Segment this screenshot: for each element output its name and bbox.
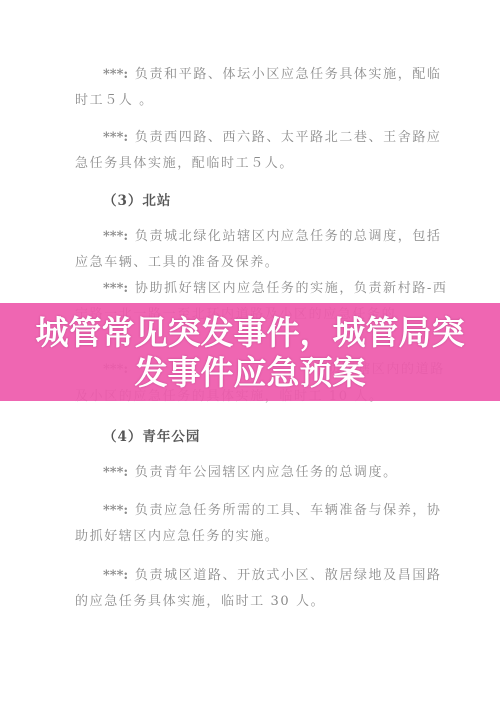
redacted-name: ***: <box>103 281 128 296</box>
paragraph-line: ***: 负责西四路、西六路、太平路北二巷、王舍路应 <box>103 130 442 146</box>
paragraph-text: 助抓好辖区内应急任务的实施。 <box>75 529 279 544</box>
banner-title: 城管常见突发事件，城管局突 发事件应急预案 <box>0 313 500 393</box>
paragraph-line: 的应急任务具体实施，临时工 30 人。 <box>75 594 325 610</box>
paragraph-line: 助抓好辖区内应急任务的实施。 <box>75 529 279 545</box>
paragraph-line: ***: 负责城区道路、开放式小区、散居绿地及昌国路 <box>103 568 442 584</box>
banner-title-line-1: 城管常见突发事件，城管局突 <box>0 313 500 353</box>
paragraph-text: 负责和平路、体坛小区应急任务具体实施，配临 <box>129 67 441 82</box>
redacted-name: ***: <box>103 568 128 583</box>
paragraph-line: ***: 协助抓好辖区内应急任务的实施，负责新村路-西 <box>103 281 448 297</box>
section-heading: （3）北站 <box>103 193 171 209</box>
paragraph-text: 时工５人 。 <box>75 93 154 108</box>
redacted-name: ***: <box>103 130 128 145</box>
paragraph-text: 负责应急任务所需的工具、车辆准备与保养，协 <box>129 503 441 518</box>
redacted-name: ***: <box>103 67 128 82</box>
paragraph-line: 急任务具体实施，配临时工５人。 <box>75 156 294 172</box>
redacted-name: ***: <box>103 465 128 480</box>
paragraph-line: ***: 负责城北绿化站辖区内应急任务的总调度，包括 <box>103 229 442 245</box>
paragraph-text: 急任务具体实施，配临时工５人。 <box>75 156 294 171</box>
paragraph-text: 应急车辆、工具的准备及保养。 <box>75 255 279 270</box>
paragraph-text: 负责城北绿化站辖区内应急任务的总调度，包括 <box>129 229 441 244</box>
paragraph-line: ***: 负责应急任务所需的工具、车辆准备与保养，协 <box>103 503 442 519</box>
paragraph-line: ***: 负责青年公园辖区内应急任务的总调度。 <box>103 465 398 481</box>
banner-title-line-2: 发事件应急预案 <box>0 353 500 393</box>
paragraph-line: 应急车辆、工具的准备及保养。 <box>75 255 279 271</box>
paragraph-text: 负责青年公园辖区内应急任务的总调度。 <box>129 465 398 480</box>
paragraph-line: 时工５人 。 <box>75 93 154 109</box>
paragraph-text: 负责西四路、西六路、太平路北二巷、王舍路应 <box>129 130 441 145</box>
paragraph-text: 的应急任务具体实施，临时工 30 人。 <box>75 594 325 609</box>
paragraph-line: ***: 负责和平路、体坛小区应急任务具体实施，配临 <box>103 67 442 83</box>
section-heading: （4）青年公园 <box>103 429 200 445</box>
redacted-name: ***: <box>103 229 128 244</box>
paragraph-text: 协助抓好辖区内应急任务的实施，负责新村路-西 <box>129 281 447 296</box>
paragraph-text: 负责城区道路、开放式小区、散居绿地及昌国路 <box>129 568 441 583</box>
redacted-name: ***: <box>103 503 128 518</box>
